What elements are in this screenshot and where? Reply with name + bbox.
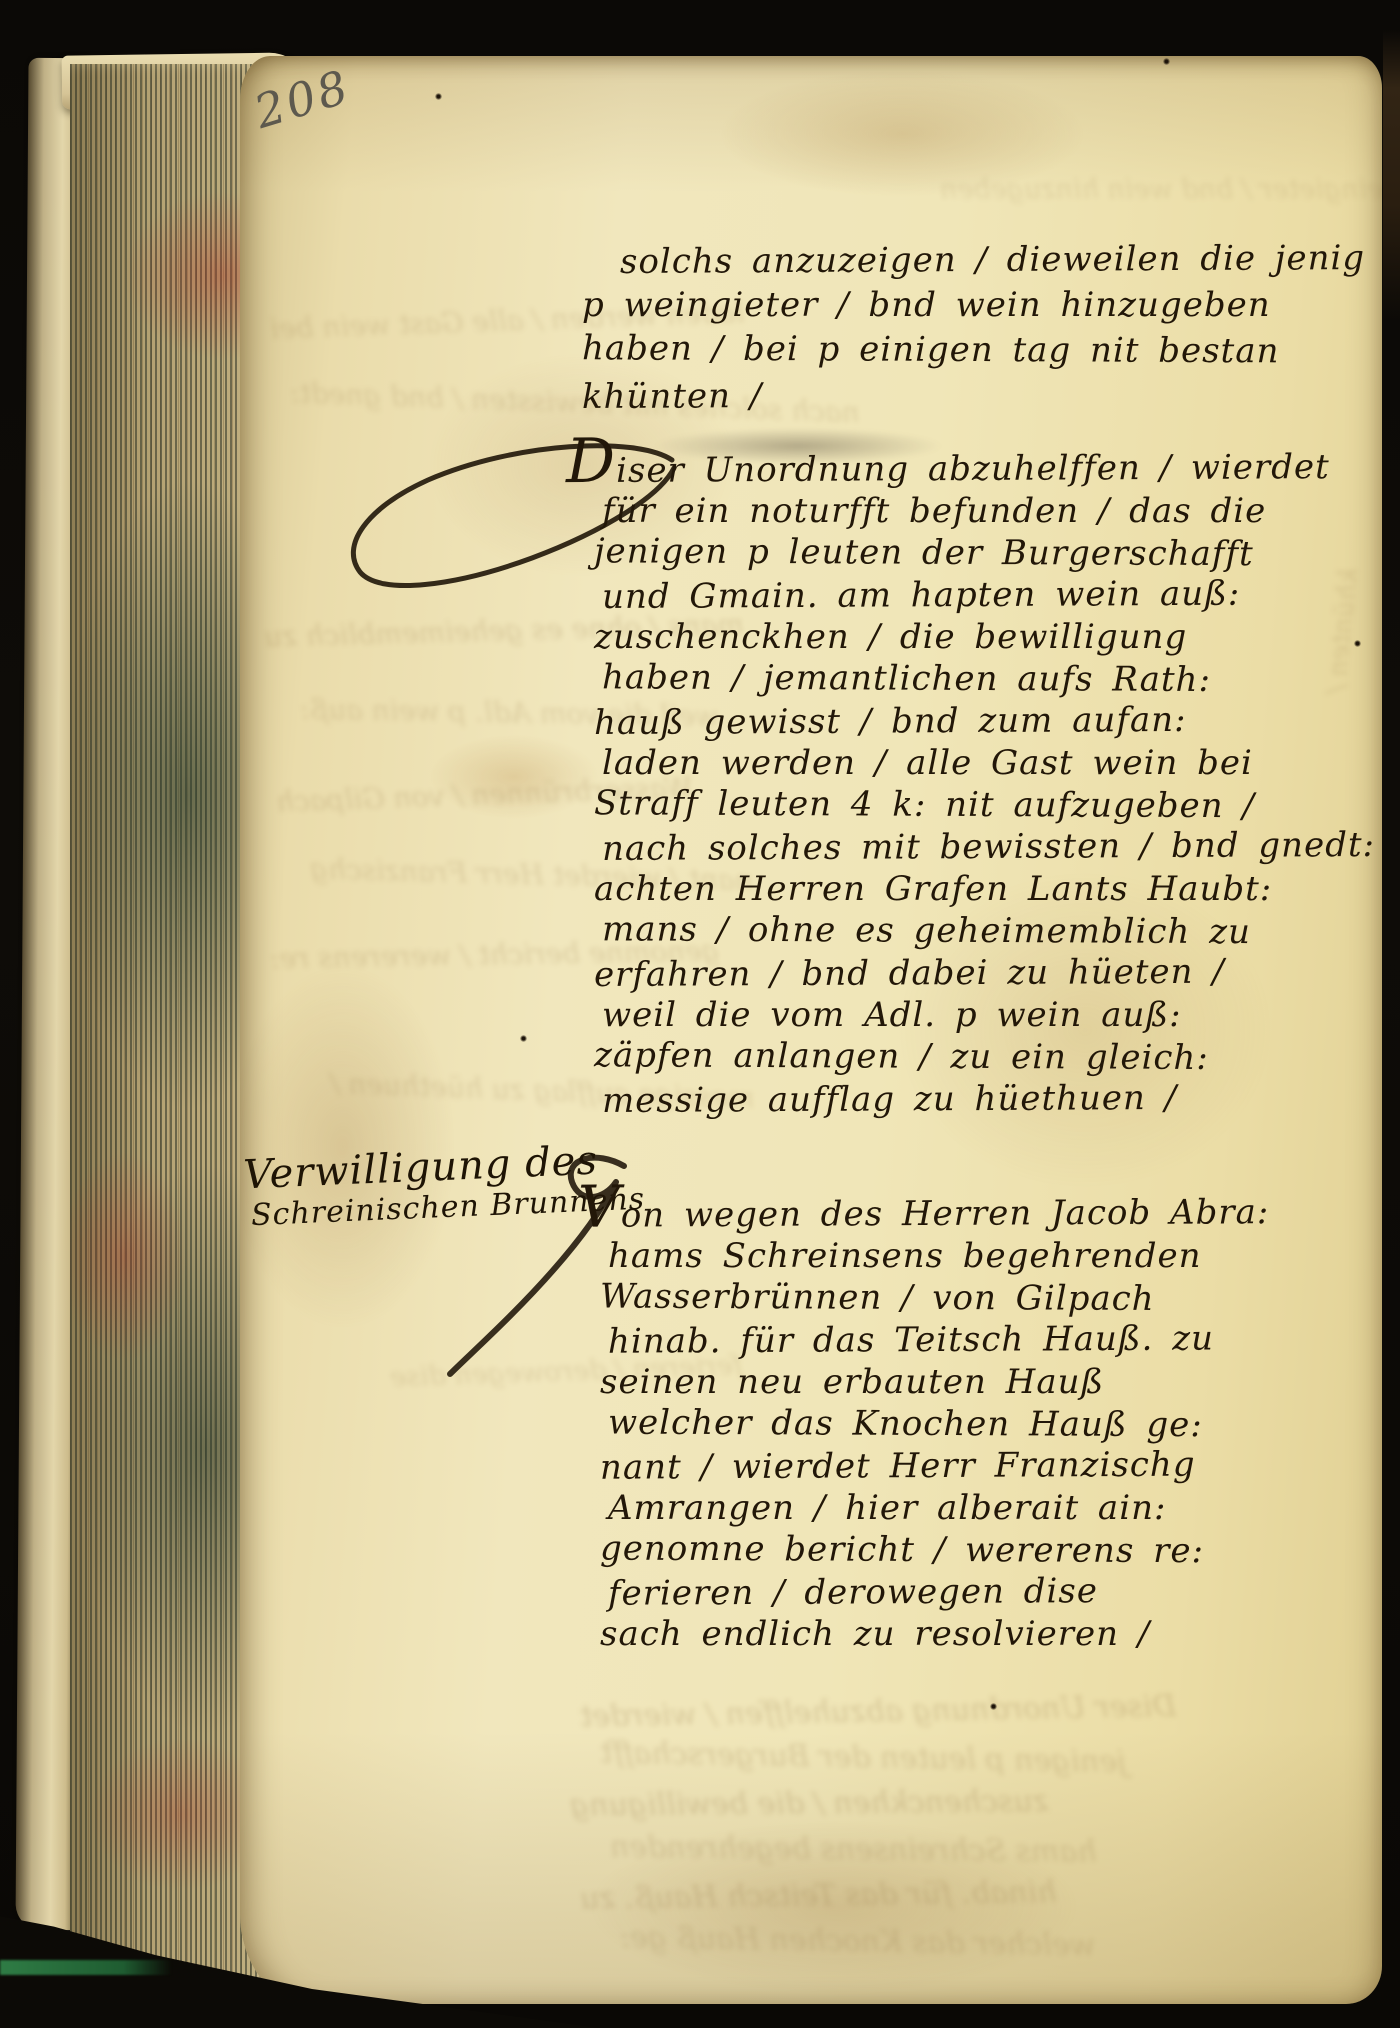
- showthrough-line: Diser Unordnung abzuhelffen / wierdet: [580, 1689, 1177, 1734]
- manuscript-line: mans / ohne es geheimemblich zu: [602, 908, 1375, 953]
- manuscript-line: sach endlich zu resolvieren /: [600, 1613, 1269, 1655]
- manuscript-line: welcher das Knochen Hauß ge:: [608, 1402, 1269, 1447]
- manuscript-line: zäpfen anlangen / zu ein gleich:: [594, 1034, 1375, 1079]
- manuscript-line: khünten /: [582, 371, 1365, 420]
- ink-speck: [520, 1035, 527, 1042]
- manuscript-line: hinab. für das Teitsch Hauß. zu: [608, 1317, 1269, 1362]
- showthrough-line: jenigen p leuten der Burgerschafft: [600, 1735, 1127, 1779]
- manuscript-line: Wasserbrünnen / von Gilpach: [600, 1276, 1269, 1321]
- manuscript-line: seinen neu erbauten Hauß: [600, 1361, 1269, 1403]
- manuscript-line: ferieren / derowegen dise: [608, 1569, 1269, 1614]
- ink-speck: [990, 1703, 997, 1710]
- paragraph-2: Diser Unordnung abzuhelffen / wierdetfür…: [566, 442, 1375, 1120]
- showthrough-line: zuschenckhen / die bewilligung: [570, 1784, 1049, 1823]
- table-edge-highlight: [0, 1960, 172, 1975]
- ink-speck: [1163, 58, 1170, 65]
- manuscript-line: nant / wierdet Herr Franzischg: [600, 1443, 1269, 1489]
- manuscript-line: Straff leuten 4 k: nit aufzugeben /: [594, 782, 1375, 827]
- manuscript-line: Diser Unordnung abzuhelffen / wierdet: [566, 440, 1375, 492]
- manuscript-page: Diser Unordnung abzuhelffen / wierdetjen…: [240, 56, 1382, 2004]
- manuscript-line: Amrangen / hier alberait ain:: [608, 1487, 1269, 1529]
- manuscript-photo: Diser Unordnung abzuhelffen / wierdetjen…: [0, 0, 1400, 2028]
- manuscript-line: weil die vom Adl. p wein auß:: [602, 994, 1375, 1036]
- manuscript-line: erfahren / bnd dabei zu hüeten /: [594, 950, 1375, 996]
- manuscript-line: für ein noturfft befunden / das die: [602, 490, 1375, 532]
- manuscript-line: zuschenckhen / die bewilligung: [594, 616, 1375, 658]
- manuscript-line: achten Herren Grafen Lants Haubt:: [594, 868, 1375, 910]
- manuscript-line: messige aufflag zu hüethuen /: [602, 1076, 1375, 1122]
- manuscript-line: jenigen p leuten der Burgerschafft: [594, 530, 1375, 575]
- manuscript-line: laden werden / alle Gast wein bei: [602, 742, 1375, 784]
- showthrough-line: welcher das Knochen Hauß ge:: [620, 1920, 1096, 1963]
- manuscript-line: hams Schreinsens begehrenden: [608, 1235, 1269, 1277]
- paragraph-1: solchs anzuzeigen / dieweilen die jenigp…: [582, 238, 1365, 418]
- manuscript-line: nach solches mit bewissten / bnd gnedt:: [602, 824, 1375, 870]
- manuscript-line: hauß gewisst / bnd zum aufan:: [594, 698, 1375, 744]
- manuscript-line: p weingieter / bnd wein hinzugeben: [582, 283, 1365, 328]
- showthrough-line: hinab. für das Teitsch Hauß. zu: [580, 1875, 1057, 1917]
- manuscript-line: haben / bei p einigen tag nit bestan: [582, 326, 1365, 374]
- ink-speck: [1354, 640, 1361, 647]
- manuscript-line: Von wegen des Herren Jacob Abra:: [578, 1186, 1270, 1237]
- manuscript-line: genomne bericht / wererens re:: [600, 1528, 1269, 1573]
- manuscript-line: und Gmain. am hapten wein auß:: [602, 572, 1375, 618]
- binding-board-edge: [1383, 30, 1400, 320]
- paragraph-3: Von wegen des Herren Jacob Abra:hams Sch…: [578, 1188, 1269, 1655]
- showthrough-line: p weingieter / bnd wein hinzugeben: [940, 174, 1382, 205]
- manuscript-line: solchs anzuzeigen / dieweilen die jenig: [620, 236, 1365, 285]
- manuscript-line: haben / jemantlichen aufs Rath:: [602, 656, 1375, 701]
- showthrough-line: hams Schreinsens begehrenden: [610, 1829, 1097, 1869]
- ink-speck: [435, 93, 442, 100]
